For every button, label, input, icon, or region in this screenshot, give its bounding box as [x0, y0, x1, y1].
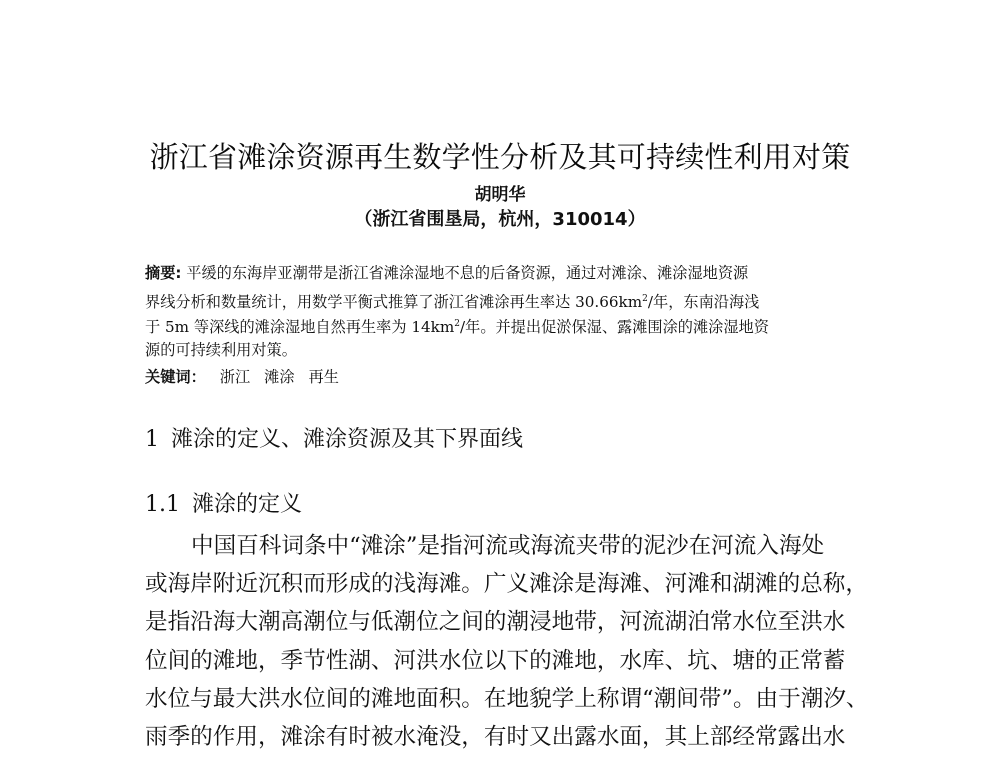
body-paragraph: 中国百科词条中“滩涂”是指河流或海流夹带的泥沙在河流入海处 或海岸附近沉积而形成…: [145, 527, 855, 756]
paper-title: 浙江省滩涂资源再生数学性分析及其可持续性利用对策: [140, 138, 860, 176]
body-line: 水位与最大洪水位间的滩地面积。在地貌学上称谓“潮间带”。由于潮汐、: [145, 680, 855, 718]
abstract-line: 界线分析和数量统计，用数学平衡式推算了浙江省滩涂再生率达 30.66km2/年，…: [145, 287, 857, 313]
keywords-label: 关键词：: [145, 368, 206, 386]
keywords: 关键词：浙江滩涂再生: [145, 364, 339, 390]
subsection-title: 滩涂的定义: [192, 492, 302, 517]
section-number: 1: [145, 427, 159, 452]
subsection-number: 1.1: [145, 492, 180, 517]
keyword: 滩涂: [264, 368, 294, 386]
abstract-line: 源的可持续利用对策。: [145, 338, 857, 364]
keyword: 再生: [309, 368, 339, 386]
body-line: 位间的滩地，季节性湖、河洪水位以下的滩地，水库、坑、塘的正常蓄: [145, 642, 855, 680]
section-title: 滩涂的定义、滩涂资源及其下界面线: [171, 427, 523, 452]
abstract-line: 摘要: 平缓的东海岸亚潮带是浙江省滩涂湿地不息的后备资源，通过对滩涂、滩涂湿地资…: [145, 261, 857, 287]
subsection-heading: 1.1滩涂的定义: [145, 488, 302, 522]
body-line: 或海岸附近沉积而形成的浅海滩。广义滩涂是海滩、河滩和湖滩的总称，: [145, 565, 855, 603]
abstract-line: 于 5m 等深线的滩涂湿地自然再生率为 14km2/年。并提出促淤保湿、露滩围涂…: [145, 312, 857, 338]
keyword: 浙江: [220, 368, 250, 386]
body-line: 是指沿海大潮高潮位与低潮位之间的潮浸地带，河流湖泊常水位至洪水: [145, 603, 855, 641]
body-line: 中国百科词条中“滩涂”是指河流或海流夹带的泥沙在河流入海处: [145, 527, 855, 565]
author-affiliation: （浙江省围垦局，杭州，310014）: [140, 207, 860, 233]
abstract: 摘要: 平缓的东海岸亚潮带是浙江省滩涂湿地不息的后备资源，通过对滩涂、滩涂湿地资…: [145, 261, 857, 363]
author-name: 胡明华: [140, 183, 860, 207]
section-heading: 1滩涂的定义、滩涂资源及其下界面线: [145, 423, 523, 457]
body-line: 雨季的作用，滩涂有时被水淹没，有时又出露水面，其上部经常露出水: [145, 718, 855, 756]
paper-page: 浙江省滩涂资源再生数学性分析及其可持续性利用对策 胡明华 （浙江省围垦局，杭州，…: [0, 0, 1000, 760]
abstract-label: 摘要:: [145, 264, 181, 282]
